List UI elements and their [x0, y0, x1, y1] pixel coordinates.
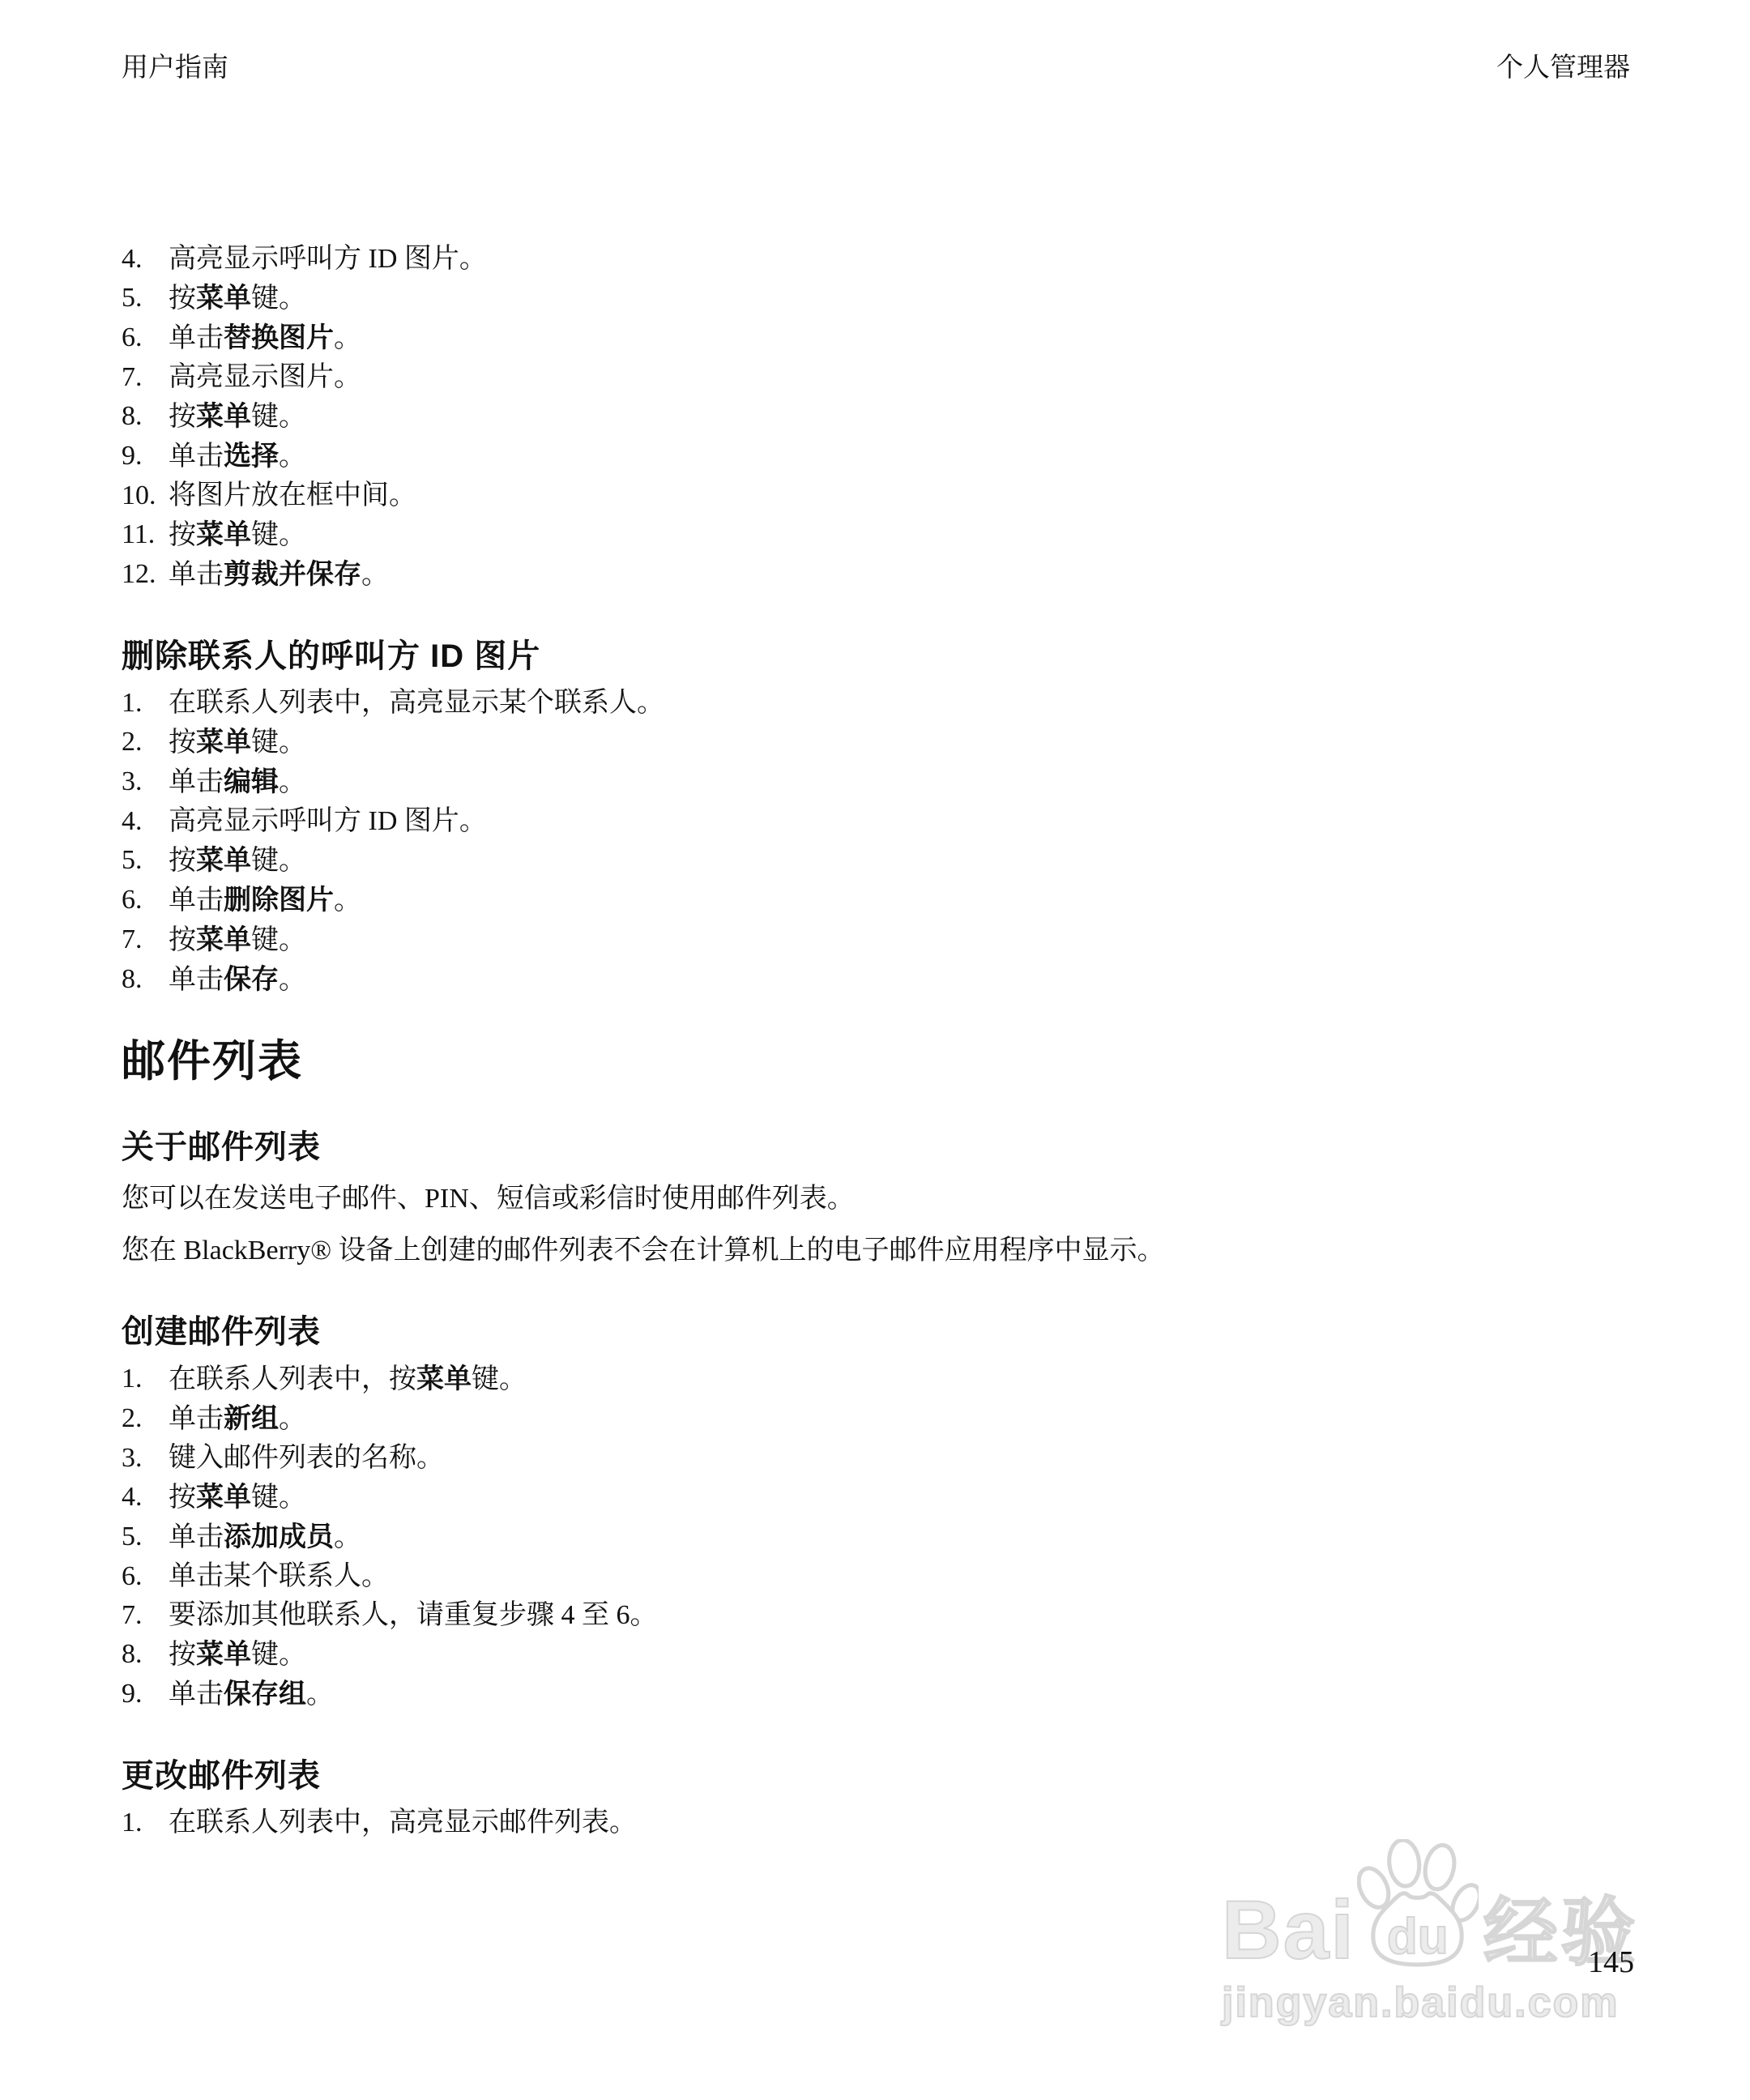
- step-item: 3.单击编辑。: [122, 762, 1630, 802]
- step-text: 在联系人列表中，按菜单键。: [169, 1359, 1630, 1399]
- step-number: 7.: [122, 920, 169, 960]
- page-number: 145: [1588, 1946, 1634, 1978]
- step-text: 单击删除图片。: [169, 881, 1630, 920]
- step-number: 8.: [122, 397, 169, 437]
- step-item: 12.单击剪裁并保存。: [122, 555, 1630, 595]
- step-number: 8.: [122, 1635, 169, 1675]
- step-text-bold: 菜单: [416, 1364, 472, 1394]
- step-number: 1.: [122, 1803, 169, 1842]
- step-text-run: 键入邮件列表的名称。: [169, 1443, 444, 1473]
- step-text-bold: 菜单: [196, 1482, 251, 1513]
- step-text: 单击剪裁并保存。: [169, 555, 1630, 595]
- step-text-run: 按: [169, 728, 196, 758]
- step-text: 按菜单键。: [169, 515, 1630, 555]
- step-item: 5.单击添加成员。: [122, 1517, 1630, 1557]
- step-text-run: 将图片放在框中间。: [169, 480, 416, 510]
- step-number: 5.: [122, 279, 169, 318]
- section-title: 邮件列表: [122, 1037, 1630, 1086]
- step-text: 按菜单键。: [169, 1478, 1630, 1517]
- step-item: 3.键入邮件列表的名称。: [122, 1439, 1630, 1478]
- header-right-title: 个人管理器: [1496, 50, 1630, 86]
- paragraph: 您在 BlackBerry® 设备上创建的邮件列表不会在计算机上的电子邮件应用程…: [122, 1231, 1630, 1270]
- step-number: 3.: [122, 1439, 169, 1478]
- step-text-run: 按: [169, 284, 196, 314]
- step-text-run: 键。: [251, 925, 306, 955]
- step-text-run: 高亮显示图片。: [169, 362, 361, 392]
- step-number: 6.: [122, 1557, 169, 1596]
- step-number: 2.: [122, 1399, 169, 1439]
- step-item: 11.按菜单键。: [122, 515, 1630, 555]
- step-text-run: 。: [306, 1680, 334, 1709]
- step-text: 按菜单键。: [169, 841, 1630, 881]
- step-item: 6.单击删除图片。: [122, 881, 1630, 920]
- step-text-bold: 保存: [224, 964, 279, 995]
- step-text-run: 单击: [169, 886, 224, 916]
- step-text-run: 键。: [251, 520, 306, 550]
- step-text: 单击保存。: [169, 960, 1630, 1000]
- step-text-run: 单击: [169, 1404, 224, 1434]
- step-number: 9.: [122, 437, 169, 476]
- step-item: 8.按菜单键。: [122, 1635, 1630, 1675]
- step-text-run: 高亮显示呼叫方 ID 图片。: [169, 806, 487, 836]
- step-text-bold: 菜单: [196, 727, 251, 758]
- step-number: 7.: [122, 358, 169, 397]
- step-text-bold: 替换图片: [224, 322, 334, 353]
- header-left-title: 用户指南: [122, 50, 228, 86]
- step-text-run: 单击: [169, 1680, 224, 1709]
- step-number: 7.: [122, 1596, 169, 1635]
- step-text-run: 键。: [251, 728, 306, 758]
- step-text: 高亮显示图片。: [169, 358, 1630, 397]
- step-text-run: 键。: [251, 1640, 306, 1670]
- step-text-run: 单击: [169, 965, 224, 995]
- step-text: 键入邮件列表的名称。: [169, 1439, 1630, 1478]
- step-text-run: 。: [279, 442, 306, 472]
- step-text-run: 要添加其他联系人，请重复步骤 4 至 6。: [169, 1600, 658, 1630]
- step-number: 4.: [122, 1478, 169, 1517]
- step-text: 单击添加成员。: [169, 1517, 1630, 1557]
- step-item: 9.单击保存组。: [122, 1675, 1630, 1714]
- step-text-bold: 菜单: [196, 1639, 251, 1670]
- step-number: 12.: [122, 555, 169, 595]
- step-text-run: 单击: [169, 442, 224, 472]
- step-number: 6.: [122, 318, 169, 358]
- step-text: 高亮显示呼叫方 ID 图片。: [169, 240, 1630, 279]
- step-text-run: 键。: [251, 402, 306, 432]
- step-number: 9.: [122, 1675, 169, 1714]
- step-text-run: 在联系人列表中，高亮显示邮件列表。: [169, 1808, 637, 1837]
- step-number: 8.: [122, 960, 169, 1000]
- step-text: 将图片放在框中间。: [169, 476, 1630, 515]
- step-text-bold: 菜单: [196, 401, 251, 432]
- steps-list: 1.在联系人列表中，高亮显示某个联系人。2.按菜单键。3.单击编辑。4.高亮显示…: [122, 684, 1630, 1000]
- step-item: 4.按菜单键。: [122, 1478, 1630, 1517]
- baidu-jingyan-watermark: Bai du 经验 jingyan.baidu.com: [1222, 1833, 1675, 2024]
- step-number: 6.: [122, 881, 169, 920]
- step-text-bold: 保存组: [224, 1679, 306, 1709]
- step-text: 单击编辑。: [169, 762, 1630, 802]
- step-text-run: 单击: [169, 560, 224, 590]
- step-text: 按菜单键。: [169, 920, 1630, 960]
- step-item: 9.单击选择。: [122, 437, 1630, 476]
- step-text-run: 高亮显示呼叫方 ID 图片。: [169, 244, 487, 274]
- step-text-run: 键。: [472, 1364, 527, 1394]
- step-number: 5.: [122, 1517, 169, 1557]
- step-text-bold: 菜单: [196, 283, 251, 314]
- step-item: 7.高亮显示图片。: [122, 358, 1630, 397]
- step-number: 1.: [122, 1359, 169, 1399]
- document-content: 4.高亮显示呼叫方 ID 图片。5.按菜单键。6.单击替换图片。7.高亮显示图片…: [122, 240, 1630, 1842]
- step-text-run: 在联系人列表中，高亮显示某个联系人。: [169, 688, 664, 718]
- step-item: 4.高亮显示呼叫方 ID 图片。: [122, 240, 1630, 279]
- step-text-bold: 添加成员: [224, 1522, 334, 1552]
- step-text-run: 。: [334, 1522, 361, 1552]
- step-text: 单击新组。: [169, 1399, 1630, 1439]
- step-text-run: 。: [334, 886, 361, 916]
- step-number: 3.: [122, 762, 169, 802]
- step-item: 2.单击新组。: [122, 1399, 1630, 1439]
- step-text-run: 单击某个联系人。: [169, 1561, 389, 1591]
- step-item: 7.按菜单键。: [122, 920, 1630, 960]
- step-text-bold: 剪裁并保存: [224, 559, 361, 590]
- step-text-run: 。: [279, 1404, 306, 1434]
- step-text-run: 单击: [169, 323, 224, 353]
- step-text-run: 。: [334, 323, 361, 353]
- step-text-run: 键。: [251, 284, 306, 314]
- step-item: 8.单击保存。: [122, 960, 1630, 1000]
- watermark-url-text: jingyan.baidu.com: [1222, 1982, 1675, 2024]
- step-item: 2.按菜单键。: [122, 723, 1630, 762]
- step-item: 1.在联系人列表中，按菜单键。: [122, 1359, 1630, 1399]
- step-item: 10.将图片放在框中间。: [122, 476, 1630, 515]
- step-text-run: 按: [169, 520, 196, 550]
- step-text: 要添加其他联系人，请重复步骤 4 至 6。: [169, 1596, 1630, 1635]
- step-number: 1.: [122, 684, 169, 723]
- step-text-bold: 删除图片: [224, 885, 334, 916]
- steps-list: 1.在联系人列表中，按菜单键。2.单击新组。3.键入邮件列表的名称。4.按菜单键…: [122, 1359, 1630, 1714]
- step-text-run: 按: [169, 846, 196, 876]
- step-text-run: 按: [169, 402, 196, 432]
- paragraph: 您可以在发送电子邮件、PIN、短信或彩信时使用邮件列表。: [122, 1180, 1630, 1219]
- step-item: 1.在联系人列表中，高亮显示某个联系人。: [122, 684, 1630, 723]
- step-text-run: 单击: [169, 1522, 224, 1552]
- step-text: 单击某个联系人。: [169, 1557, 1630, 1596]
- step-text: 单击保存组。: [169, 1675, 1630, 1714]
- page-header: 用户指南 个人管理器: [122, 50, 1630, 86]
- step-item: 6.单击某个联系人。: [122, 1557, 1630, 1596]
- step-item: 5.按菜单键。: [122, 279, 1630, 318]
- step-text: 按菜单键。: [169, 723, 1630, 762]
- step-text-run: 按: [169, 925, 196, 955]
- step-text-run: 在联系人列表中，按: [169, 1364, 416, 1394]
- subsection-title: 关于邮件列表: [122, 1128, 1630, 1167]
- step-text: 单击选择。: [169, 437, 1630, 476]
- subsection-title: 删除联系人的呼叫方 ID 图片: [122, 637, 1630, 676]
- step-text-bold: 选择: [224, 441, 279, 472]
- step-item: 6.单击替换图片。: [122, 318, 1630, 358]
- step-item: 8.按菜单键。: [122, 397, 1630, 437]
- step-text-run: 按: [169, 1640, 196, 1670]
- step-text-bold: 菜单: [196, 845, 251, 876]
- subsection-title: 更改邮件列表: [122, 1756, 1630, 1795]
- step-text-run: 。: [279, 767, 306, 797]
- step-text-run: 单击: [169, 767, 224, 797]
- step-text-bold: 菜单: [196, 519, 251, 550]
- step-text-run: 按: [169, 1483, 196, 1513]
- step-text-bold: 编辑: [224, 766, 279, 797]
- step-text-run: 。: [279, 965, 306, 995]
- step-number: 10.: [122, 476, 169, 515]
- step-text: 单击替换图片。: [169, 318, 1630, 358]
- step-text-bold: 菜单: [196, 924, 251, 955]
- step-item: 4.高亮显示呼叫方 ID 图片。: [122, 802, 1630, 841]
- step-text-run: 。: [361, 560, 389, 590]
- step-text: 按菜单键。: [169, 279, 1630, 318]
- step-number: 4.: [122, 240, 169, 279]
- subsection-title: 创建邮件列表: [122, 1312, 1630, 1351]
- watermark-du-text: du: [1387, 1912, 1449, 1962]
- step-text: 在联系人列表中，高亮显示某个联系人。: [169, 684, 1630, 723]
- step-number: 2.: [122, 723, 169, 762]
- step-text-run: 键。: [251, 846, 306, 876]
- step-text: 高亮显示呼叫方 ID 图片。: [169, 802, 1630, 841]
- step-text: 按菜单键。: [169, 1635, 1630, 1675]
- step-text-run: 键。: [251, 1483, 306, 1513]
- watermark-bai-text: Bai: [1222, 1893, 1355, 1969]
- step-text-bold: 新组: [224, 1403, 279, 1434]
- step-item: 5.按菜单键。: [122, 841, 1630, 881]
- steps-list: 4.高亮显示呼叫方 ID 图片。5.按菜单键。6.单击替换图片。7.高亮显示图片…: [122, 240, 1630, 595]
- baidu-paw-icon: du: [1357, 1839, 1479, 1969]
- step-text: 按菜单键。: [169, 397, 1630, 437]
- step-number: 11.: [122, 515, 169, 555]
- step-number: 4.: [122, 802, 169, 841]
- document-page: 用户指南 个人管理器 4.高亮显示呼叫方 ID 图片。5.按菜单键。6.单击替换…: [0, 0, 1750, 2100]
- step-number: 5.: [122, 841, 169, 881]
- step-item: 7.要添加其他联系人，请重复步骤 4 至 6。: [122, 1596, 1630, 1635]
